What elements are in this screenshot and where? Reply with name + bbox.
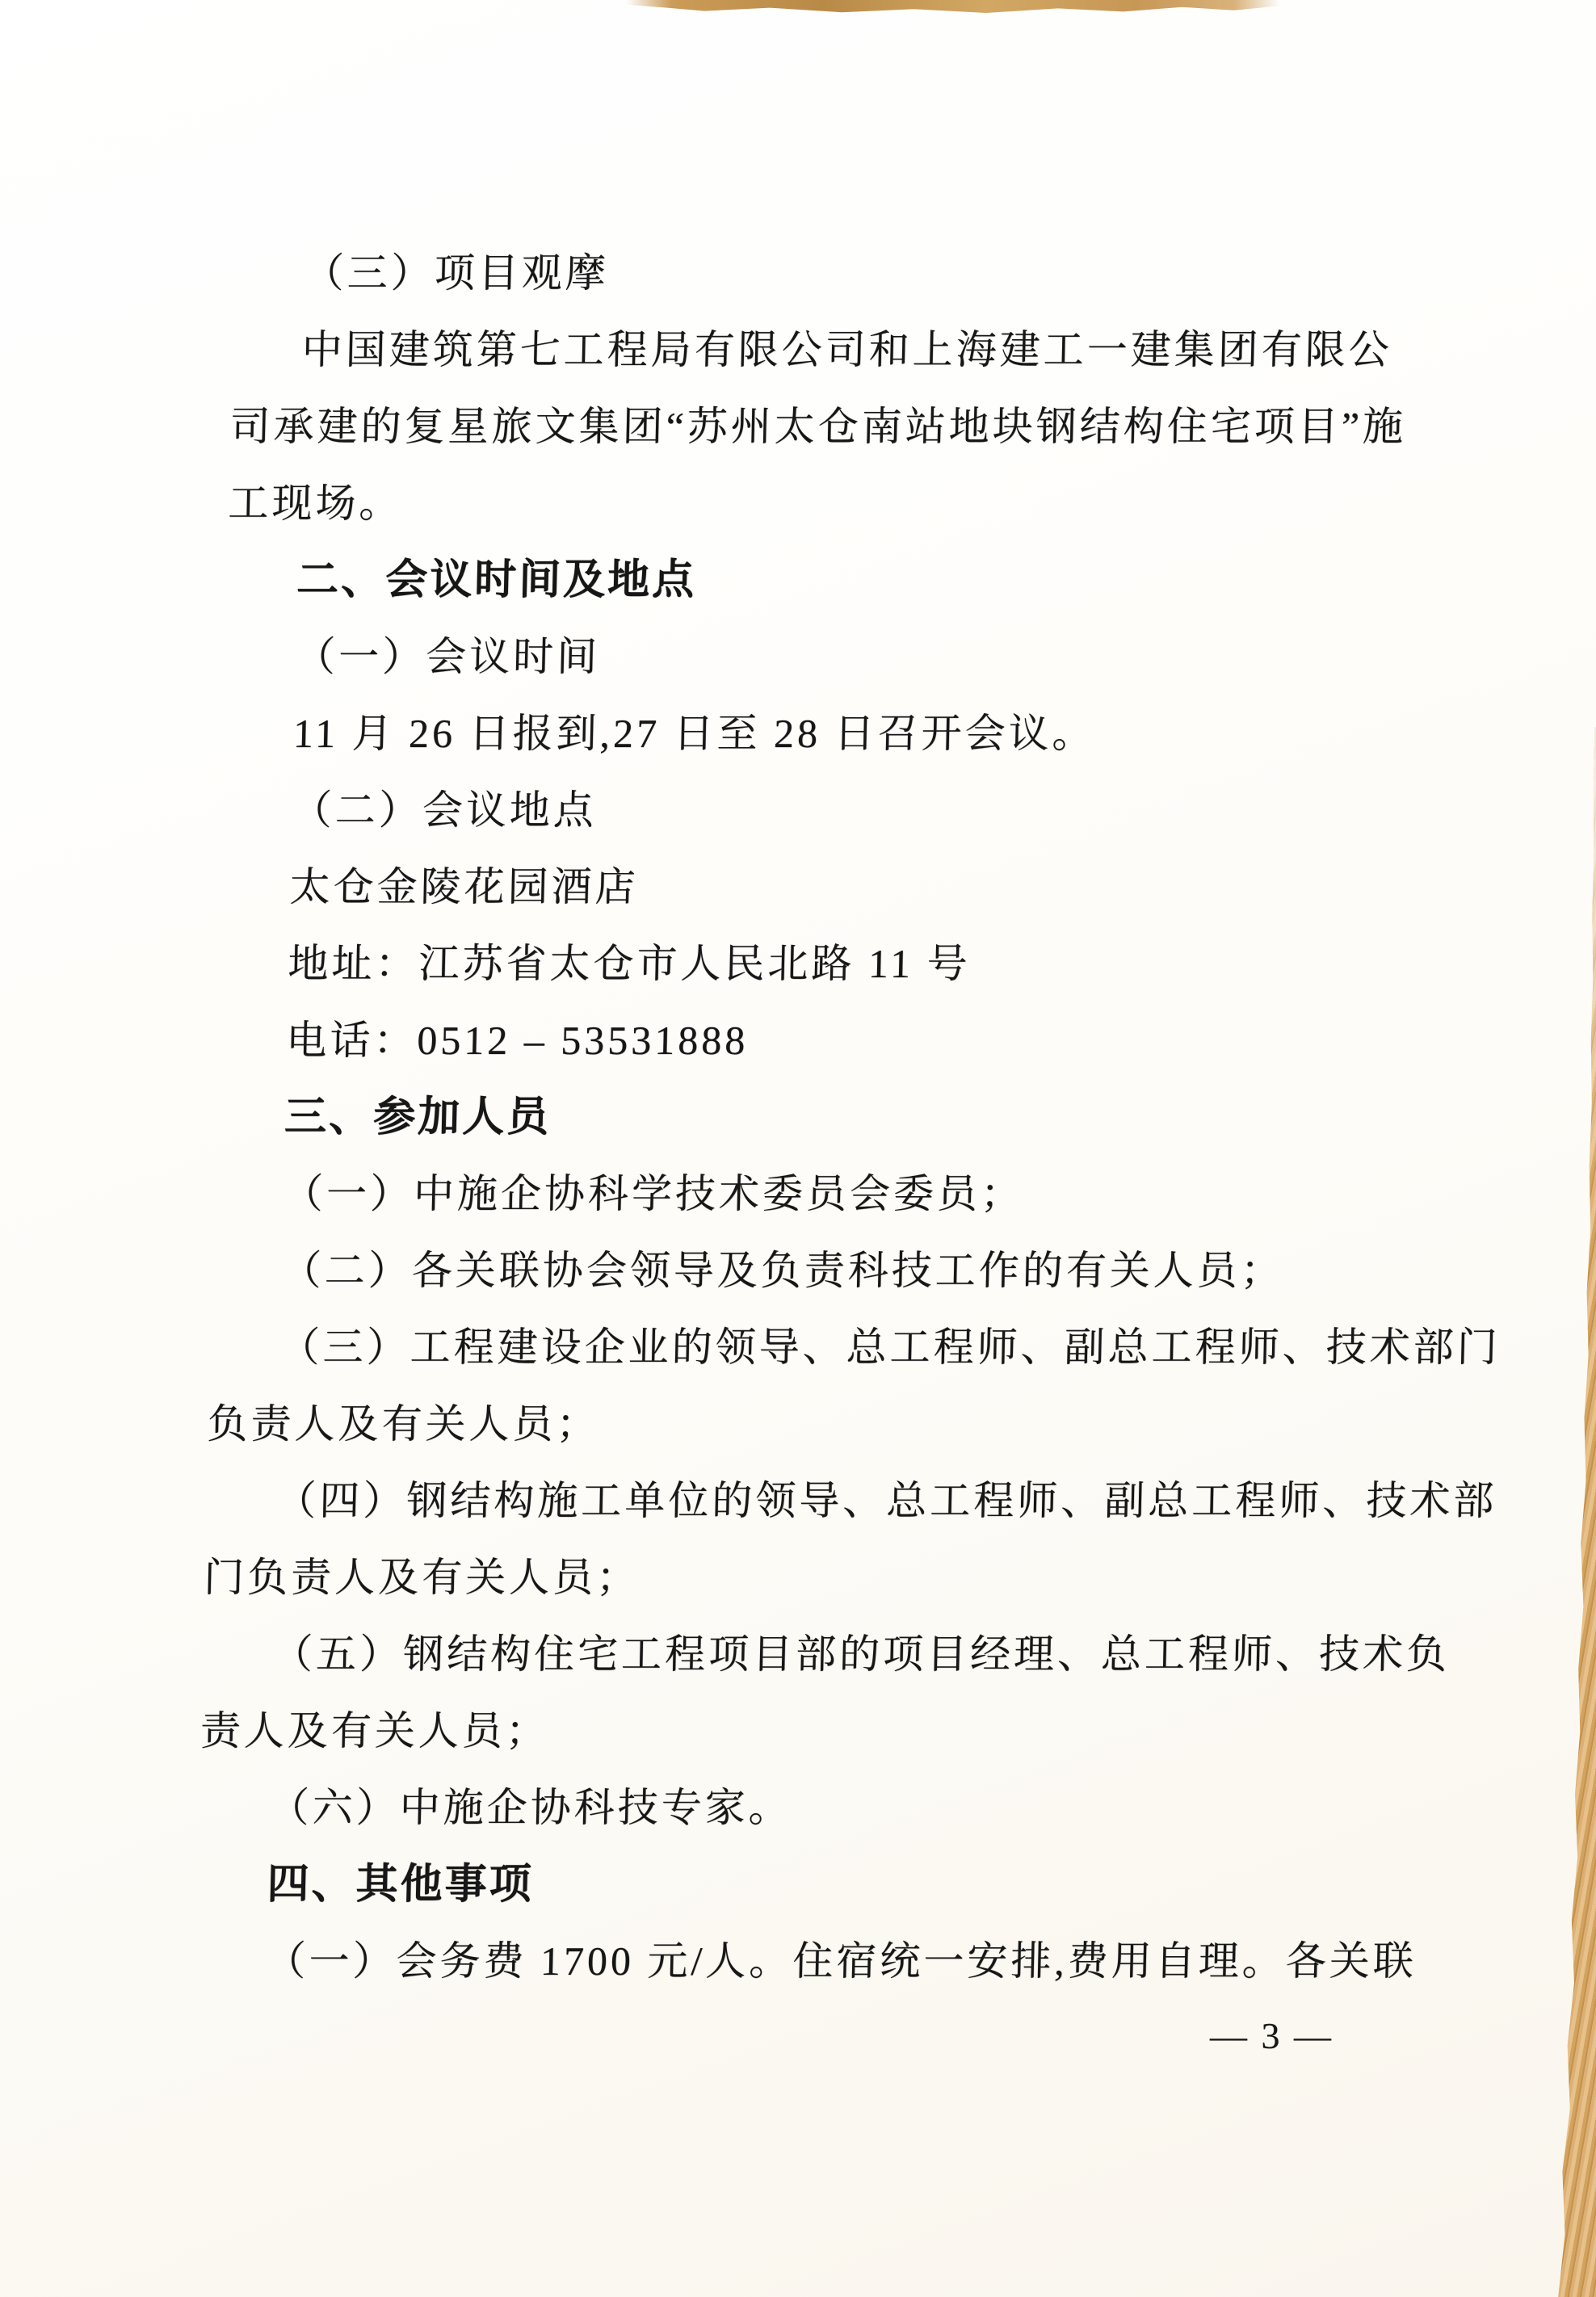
text-line: 司承建的复星旅文集团“苏州太仓南站地块钢结构住宅项目”施 [0,388,1593,465]
text-line: 责人及有关人员； [0,1693,1563,1770]
text-line: （四）钢结构施工单位的领导、总工程师、副总工程师、技术部 [0,1463,1569,1539]
section-heading: 三、参加人员 [0,1079,1577,1156]
text-line: （二）各关联协会领导及负责科技工作的有关人员； [0,1232,1573,1309]
text-line: （一）会议时间 [0,619,1587,695]
scan-top-edge-artifact [626,0,1280,13]
document-content: （三）项目观摩 中国建筑第七工程局有限公司和上海建工一建集团有限公 司承建的复星… [0,235,1596,2000]
text-line: （一）中施企协科学技术委员会委员； [0,1156,1575,1232]
text-line: 电话：0512 – 53531888 [0,1002,1578,1079]
text-line: 太仓金陵花园酒店 [0,849,1582,926]
text-line: （二）会议地点 [0,772,1584,849]
text-line: 工现场。 [0,465,1591,542]
text-line: （三）工程建设企业的领导、总工程师、副总工程师、技术部门 [0,1309,1572,1386]
text-line: （五）钢结构住宅工程项目部的项目经理、总工程师、技术负 [0,1616,1564,1693]
text-line: 门负责人及有关人员； [0,1539,1566,1616]
text-line: （六）中施企协科技专家。 [0,1770,1561,1846]
text-line: （三）项目观摩 [0,235,1596,312]
section-heading: 二、会议时间及地点 [0,542,1589,619]
text-line: （一）会务费 1700 元/人。住宿统一安排,费用自理。各关联 [0,1923,1558,2000]
text-line: 11 月 26 日报到,27 日至 28 日召开会议。 [0,695,1585,772]
text-line: 地址：江苏省太仓市人民北路 11 号 [0,926,1581,1002]
document-page: （三）项目观摩 中国建筑第七工程局有限公司和上海建工一建集团有限公 司承建的复星… [0,0,1596,2297]
section-heading: 四、其他事项 [0,1846,1560,1923]
text-line: 负责人及有关人员； [0,1386,1570,1463]
page-number: — 3 — [1210,2014,1333,2057]
text-line: 中国建筑第七工程局有限公司和上海建工一建集团有限公 [0,312,1594,388]
